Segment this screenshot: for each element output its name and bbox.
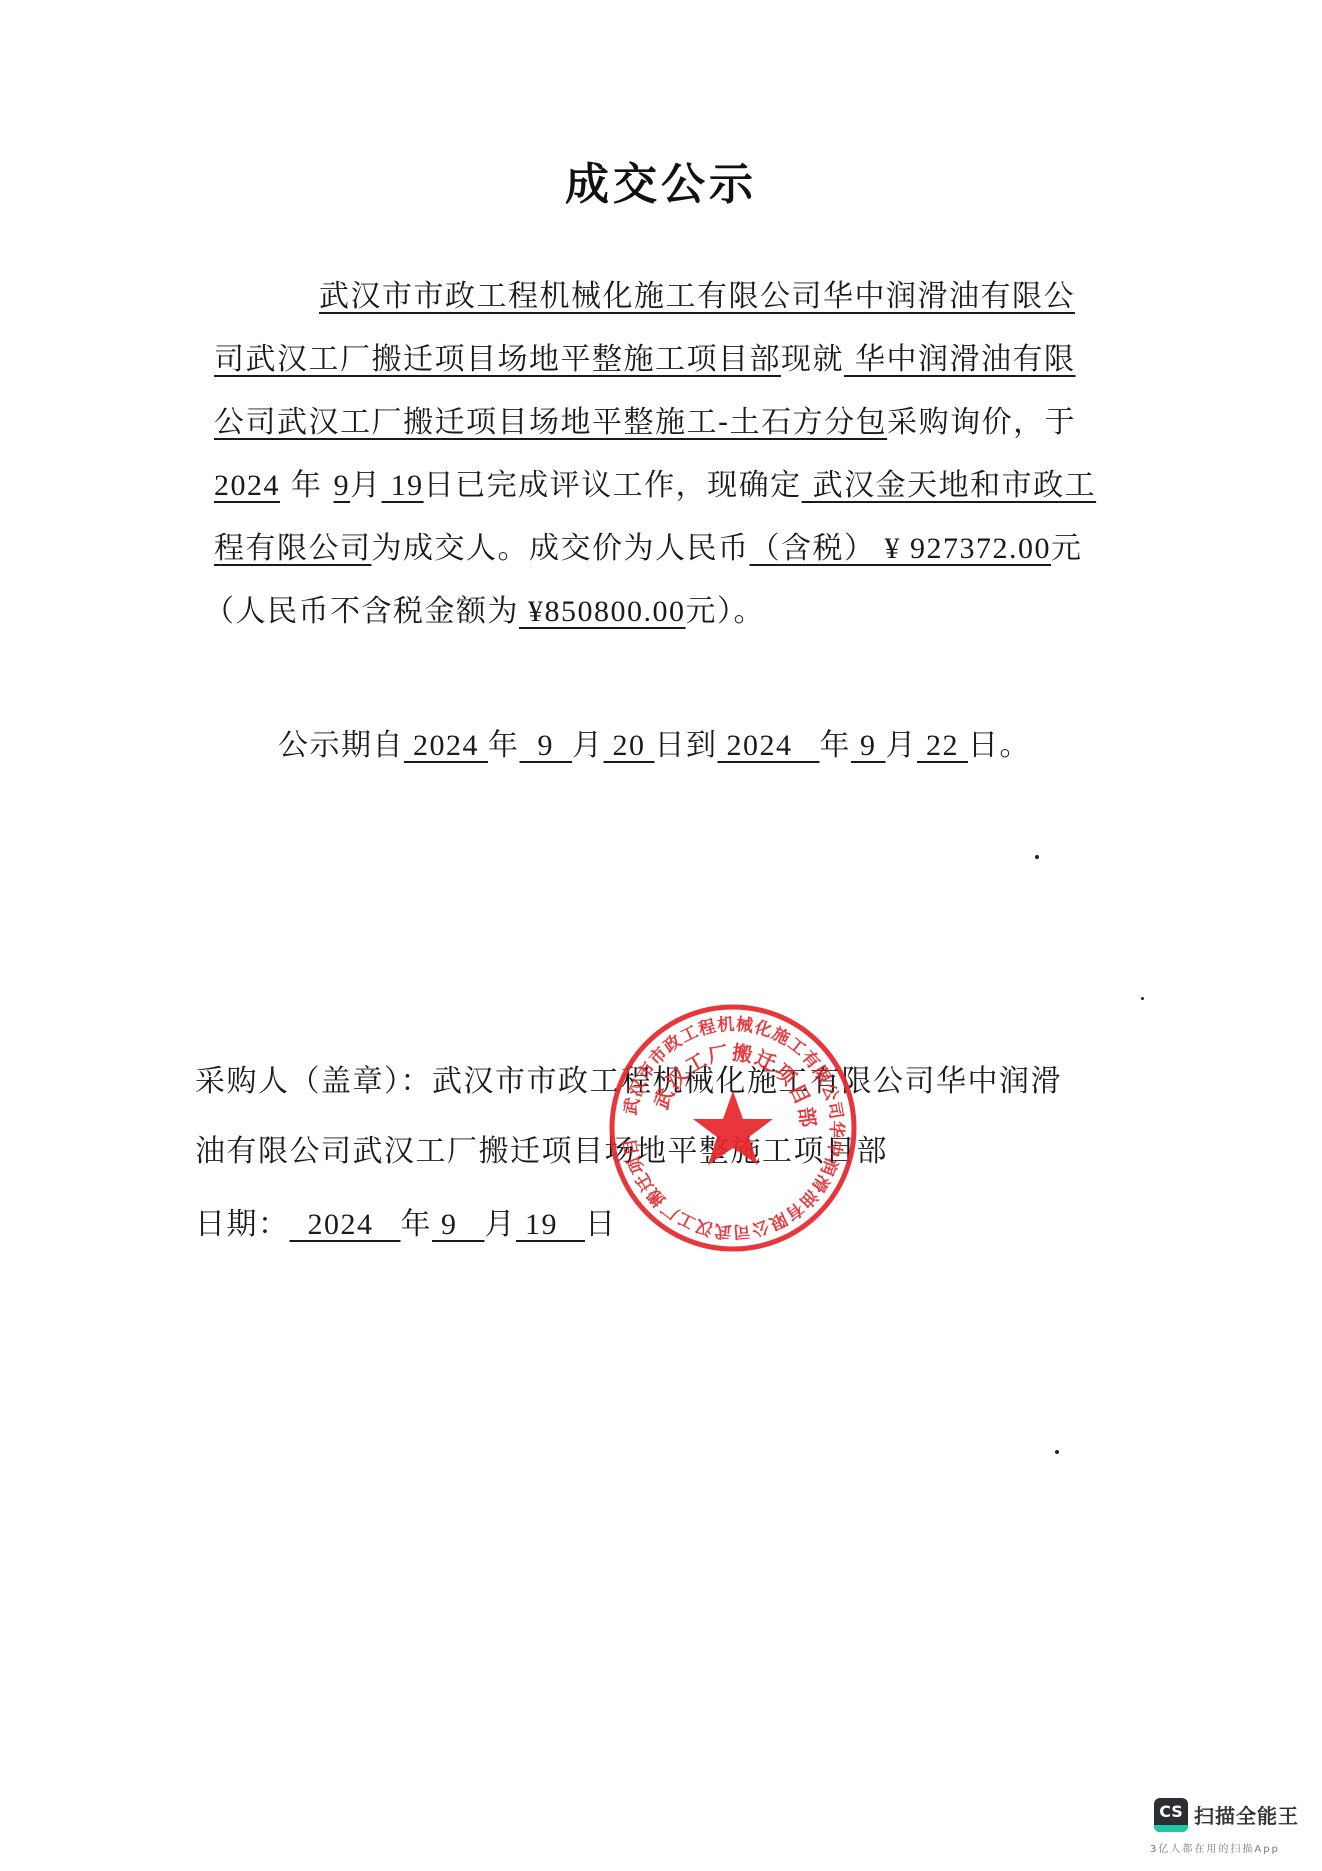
text-year: 年: [401, 1207, 433, 1242]
eval-day: 19: [382, 469, 424, 502]
document-title: 成交公示: [0, 148, 1322, 212]
owner-name-part1: 武汉市市政工程机械化施工有限公司华中润滑油有限公: [283, 279, 1075, 314]
sign-date-label: 日期：: [195, 1207, 290, 1242]
scan-speck: [1055, 1450, 1059, 1454]
eval-year: 2024: [214, 469, 280, 502]
text-day-completed: 日已完成评议工作，现确定: [424, 468, 802, 503]
camscanner-watermark: CS 扫描全能王 3亿人都在用的扫描App: [1140, 1790, 1320, 1870]
notice-start-month: 9: [520, 729, 573, 762]
notice-end-month: 9: [851, 729, 886, 762]
eval-month: 9: [334, 469, 351, 502]
text-winner-price: 为成交人。成交价为人民币: [372, 531, 750, 566]
text-month: 月: [886, 728, 918, 763]
price-excl-tax: ¥850800.00: [519, 595, 686, 628]
price-incl-tax: （含税） ¥ 927372.00: [750, 532, 1052, 565]
official-seal-icon: 武汉市市政工程机械化施工有限公司华中润滑油有限公司武汉工厂搬迁项目场地平整施工项…: [608, 1003, 858, 1253]
winner-name-part1: 武汉金天地和市政工: [802, 468, 1097, 503]
text-month: 月: [350, 468, 382, 503]
camscanner-logo-icon: CS: [1154, 1798, 1188, 1832]
notice-end-day: 22: [917, 729, 968, 762]
sign-date: 日期： 2024 年 9 月 19 日: [195, 1205, 617, 1245]
paragraph-line-6: （人民币不含税金额为 ¥850800.00元）。: [204, 592, 765, 632]
notice-period-label: 公示期自: [278, 728, 404, 763]
seal-star-icon: [693, 1091, 773, 1165]
sign-year: 2024: [290, 1208, 401, 1241]
sign-month: 9: [432, 1208, 485, 1241]
text-inquiry: 采购询价，于: [887, 405, 1076, 440]
paragraph-line-1: 武汉市市政工程机械化施工有限公司华中润滑油有限公: [283, 277, 1075, 317]
text-excl-tax: （人民币不含税金额为: [204, 594, 519, 629]
text-year: 年: [488, 728, 520, 763]
scan-speck: [1141, 997, 1144, 1000]
text-month: 月: [572, 728, 604, 763]
winner-name-part2: 程有限公司: [214, 531, 372, 566]
text-year: 年: [280, 468, 323, 503]
paragraph-line-5: 程有限公司为成交人。成交价为人民币（含税） ¥ 927372.00元: [214, 529, 1083, 569]
notice-start-day: 20: [604, 729, 655, 762]
paragraph-line-3: 公司武汉工厂搬迁项目场地平整施工-土石方分包采购询价，于: [214, 403, 1076, 443]
watermark-tagline: 3亿人都在用的扫描App: [1150, 1840, 1280, 1855]
text-year: 年: [820, 728, 852, 763]
sign-day: 19: [516, 1208, 585, 1241]
text-yuan: 元: [1051, 531, 1083, 566]
watermark-app-name: 扫描全能王: [1194, 1800, 1299, 1829]
notice-start-year: 2024: [404, 729, 488, 762]
owner-name-part2: 司武汉工厂搬迁项目场地平整施工项目部: [214, 342, 781, 377]
paragraph-line-4: 2024 年 9月 19日已完成评议工作，现确定 武汉金天地和市政工: [214, 466, 1096, 506]
paragraph-line-2: 司武汉工厂搬迁项目场地平整施工项目部现就 华中润滑油有限: [214, 340, 1076, 380]
text-yuan-close: 元）。: [686, 594, 766, 629]
text-xianjiu: 现就: [781, 342, 844, 377]
notice-end-year: 2024: [718, 729, 820, 762]
text-to: 日到: [655, 728, 718, 763]
project-name-part1: 华中润滑油有限: [844, 342, 1076, 377]
project-name-part2: 公司武汉工厂搬迁项目场地平整施工-土石方分包: [214, 405, 887, 440]
scan-speck: [1035, 855, 1039, 859]
text-end: 日。: [968, 728, 1031, 763]
notice-period: 公示期自 2024 年 9 月 20 日到 2024 年 9 月 22 日。: [278, 726, 1031, 766]
purchaser-label: 采购人（盖章）：: [195, 1064, 432, 1099]
text-month: 月: [485, 1207, 517, 1242]
